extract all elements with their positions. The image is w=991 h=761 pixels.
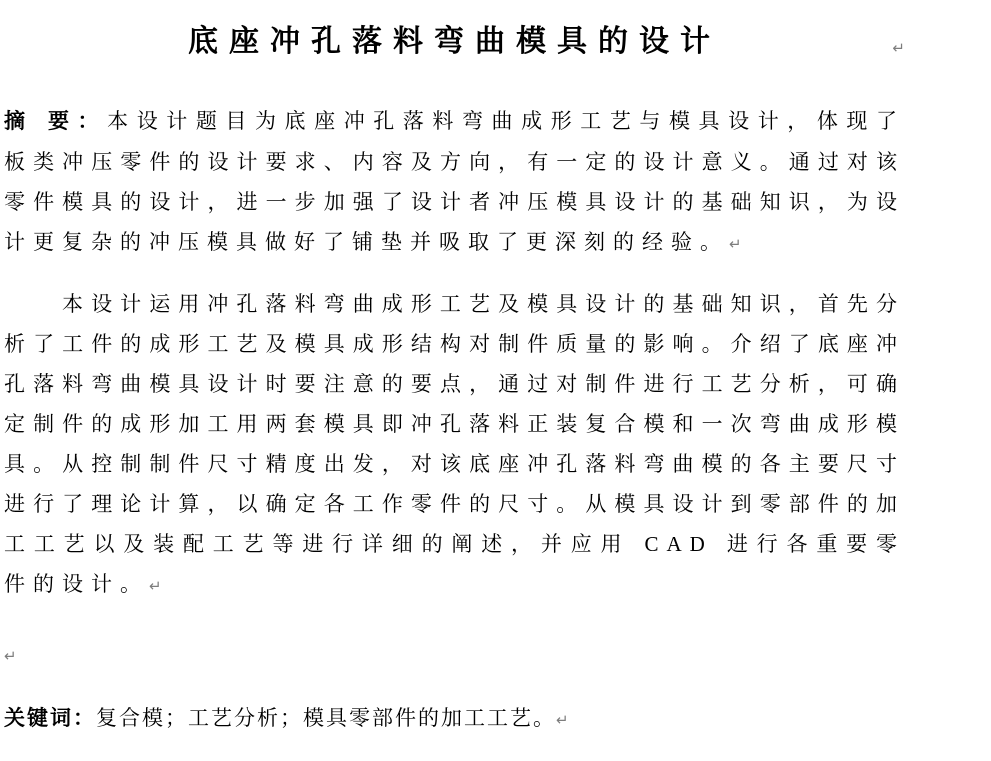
abstract-text: 本设计题目为底座冲孔落料弯曲成形工艺与模具设计，体现了板类冲压零件的设计要求、内… [4, 109, 905, 254]
document-page: 底座冲孔落料弯曲模具的设计↵ 摘 要：本设计题目为底座冲孔落料弯曲成形工艺与模具… [0, 0, 991, 761]
keywords-paragraph: 关键词：复合模；工艺分析；模具零部件的加工工艺。↵ [4, 698, 905, 740]
title-text: 底座冲孔落料弯曲模具的设计 [188, 25, 721, 58]
paragraph-mark-icon: ↵ [4, 647, 17, 665]
body-text: 本设计运用冲孔落料弯曲成形工艺及模具设计的基础知识，首先分析了工件的成形工艺及模… [4, 292, 905, 596]
keywords-text: 复合模；工艺分析；模具零部件的加工工艺。 [96, 706, 556, 730]
abstract-label: 摘 要： [4, 110, 107, 133]
empty-paragraph: ↵ [4, 634, 905, 674]
paragraph-mark-icon: ↵ [892, 26, 905, 70]
keywords-label: 关键词： [4, 707, 96, 730]
document-title: 底座冲孔落料弯曲模具的设计↵ [4, 20, 905, 64]
paragraph-mark-icon: ↵ [729, 235, 742, 253]
abstract-paragraph: 摘 要：本设计题目为底座冲孔落料弯曲成形工艺与模具设计，体现了板类冲压零件的设计… [4, 101, 905, 264]
body-paragraph: 本设计运用冲孔落料弯曲成形工艺及模具设计的基础知识，首先分析了工件的成形工艺及模… [4, 284, 905, 606]
paragraph-mark-icon: ↵ [556, 711, 569, 729]
paragraph-mark-icon: ↵ [149, 577, 162, 595]
